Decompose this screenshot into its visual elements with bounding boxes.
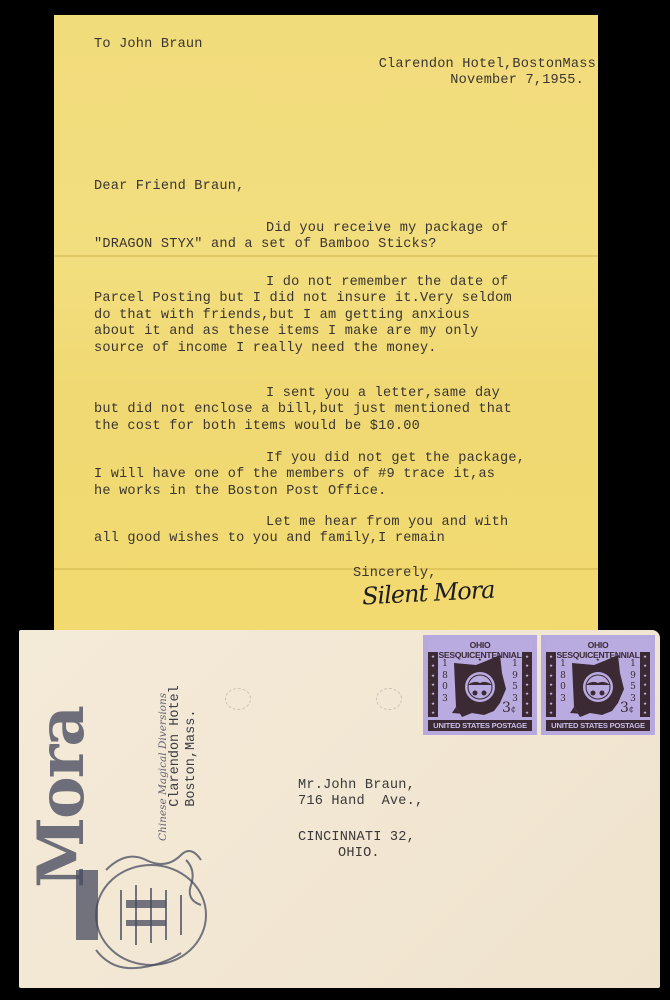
- return-address: Clarendon Hotel Boston,Mass.: [168, 685, 200, 807]
- paragraph-line: but did not enclose a bill,but just ment…: [94, 402, 594, 418]
- paragraph-line: I do not remember the date of: [94, 275, 594, 291]
- stamp-year-1803: 1803: [558, 659, 568, 705]
- postage-stamp: OHIO SESQUICENTENNIAL ★★★★★★★ ★★★★★★★ 18…: [541, 635, 655, 735]
- recipient-city: CINCINNATI 32,: [298, 830, 423, 846]
- paragraph-line: all good wishes to you and family,I rema…: [94, 531, 594, 547]
- faint-postmark: [376, 688, 402, 710]
- postage-stamp: OHIO SESQUICENTENNIAL ★★★★★★★ ★★★★★★★ 18…: [423, 635, 537, 735]
- recipient-name: Mr.John Braun,: [298, 778, 423, 794]
- paragraph-line: If you did not get the package,: [94, 451, 594, 467]
- stamp-denomination: 3¢: [620, 700, 634, 716]
- letter-recipient: To John Braun: [94, 37, 203, 53]
- letter-paragraph: Let me hear from you and with all good w…: [94, 515, 594, 548]
- recipient-state: OHIO.: [298, 846, 423, 862]
- stamp-denomination: 3¢: [502, 700, 516, 716]
- mora-logo: Mora: [24, 707, 99, 888]
- handwritten-signature: Silent Mora: [362, 582, 495, 605]
- letter-paragraph: Did you receive my package of "DRAGON ST…: [94, 221, 594, 254]
- letter-paragraph: If you did not get the package, I will h…: [94, 451, 594, 500]
- paragraph-line: "DRAGON STYX" and a set of Bamboo Sticks…: [94, 237, 594, 253]
- paragraph-line: Did you receive my package of: [94, 221, 594, 237]
- paragraph-line: about it and as these items I make are m…: [94, 324, 594, 340]
- typed-letter: To John Braun Clarendon Hotel,BostonMass…: [54, 15, 598, 637]
- fold-line: [54, 568, 598, 570]
- recipient-address: Mr.John Braun, 716 Hand Ave., CINCINNATI…: [298, 778, 423, 863]
- stamp-caption: UNITED STATES POSTAGE: [546, 720, 650, 731]
- paragraph-line: Parcel Posting but I did not insure it.V…: [94, 291, 594, 307]
- stamp-caption: UNITED STATES POSTAGE: [428, 720, 532, 731]
- star-column: ★★★★★★★: [428, 652, 438, 717]
- fold-line: [54, 255, 598, 257]
- stamp-year-1803: 1803: [440, 659, 450, 705]
- paragraph-line: Let me hear from you and with: [94, 515, 594, 531]
- return-address-line: Clarendon Hotel: [168, 685, 183, 807]
- recipient-street: 716 Hand Ave.,: [298, 794, 423, 810]
- paragraph-line: the cost for both items would be $10.00: [94, 419, 594, 435]
- paragraph-line: do that with friends,but I am getting an…: [94, 308, 594, 324]
- return-address-stamp: Mora Chinese Magical Diversions Clarendo…: [41, 640, 221, 980]
- letter-salutation: Dear Friend Braun,: [94, 179, 244, 195]
- paragraph-line: he works in the Boston Post Office.: [94, 484, 594, 500]
- star-column: ★★★★★★★: [640, 652, 650, 717]
- star-column: ★★★★★★★: [522, 652, 532, 717]
- paragraph-line: I will have one of the members of #9 tra…: [94, 467, 594, 483]
- svg-text:★: ★: [478, 656, 482, 663]
- faint-postmark: [225, 688, 251, 710]
- envelope: Mora Chinese Magical Diversions Clarendo…: [19, 630, 660, 988]
- letter-paragraph: I do not remember the date of Parcel Pos…: [94, 275, 594, 357]
- paragraph-line: I sent you a letter,same day: [94, 386, 594, 402]
- postage-stamps: OHIO SESQUICENTENNIAL ★★★★★★★ ★★★★★★★ 18…: [423, 635, 655, 735]
- return-address-line: Boston,Mass.: [184, 710, 199, 807]
- letter-paragraph: I sent you a letter,same day but did not…: [94, 386, 594, 435]
- letter-date: November 7,1955.: [450, 73, 584, 89]
- letter-sender-address: Clarendon Hotel,BostonMass: [379, 57, 596, 73]
- svg-text:★: ★: [596, 656, 600, 663]
- paragraph-line: source of income I really need the money…: [94, 341, 594, 357]
- star-column: ★★★★★★★: [546, 652, 556, 717]
